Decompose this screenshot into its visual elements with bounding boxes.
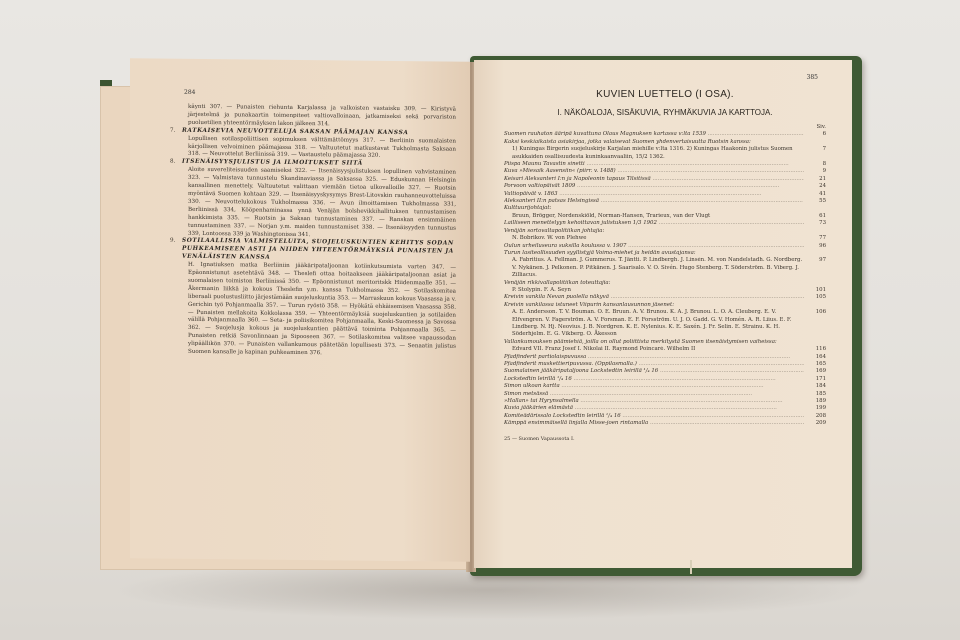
entry-title: Kaksi keskiaikaista asiakirjaa, jotka va…	[504, 139, 804, 146]
left-intro-text: käynti 307. — Punaisten riehunta Karjala…	[188, 104, 456, 131]
section-heading: 9. SOTILAALLISIA VALMISTELUITA, SUOJELUS…	[188, 238, 456, 265]
list-title: KUVIEN LUETTELO (I OSA).	[504, 89, 826, 100]
entry-page: 209	[804, 420, 826, 427]
entry-title: Simon metsässä	[504, 391, 804, 398]
list-entry: Venäjän sortovaltapolitiikan johtajia:	[504, 228, 826, 235]
left-page: 284 käynti 307. — Punaisten riehunta Kar…	[130, 58, 470, 562]
list-entry: Kuva »Miesaik Aasensiin« (piirr. v. 1488…	[504, 168, 826, 175]
entry-title: Kreivin vankila Nevan puolella näkyvä	[504, 294, 804, 301]
section-text: H. Ignatiuksen matka Berliiniin jääkärip…	[188, 262, 456, 360]
signature-footer: 25 — Suomen Vapaussota I.	[504, 436, 826, 442]
entry-title: Kuvia jääkärien elämästä	[504, 405, 804, 412]
entry-title: A. Fabritius. A. Fellman. J. Gummerus. T…	[504, 257, 804, 279]
section-number: 9.	[170, 238, 182, 246]
list-entry: Pfadfinderit partiolaispuvussa164	[504, 354, 826, 361]
entry-page: 97	[804, 257, 826, 279]
entry-page: 106	[804, 309, 826, 339]
entry-title: 1) Kuningas Birgerin suojeluskirje Karja…	[504, 146, 804, 161]
entry-page: 169	[804, 368, 826, 375]
entry-title: Edvard VII. Franz Josef I. Nikolai II. R…	[504, 346, 804, 353]
entry-title: Porvoon valtiopäivät 1809	[504, 183, 804, 190]
entry-title: Pfadfinderit muskettieripuvussa. (Oppila…	[504, 361, 804, 368]
list-entry: Simon metsässä185	[504, 391, 826, 398]
list-entry: A. E. Andersson. T. V. Bouman. O. E. Bru…	[504, 309, 826, 339]
entry-page: 184	[804, 383, 826, 390]
entry-title: Kreivin vankilassa istuneet Viipurin kan…	[504, 302, 804, 309]
section-text: Aloite suvereliteisuuden saamiseksi 322.…	[188, 167, 456, 241]
entry-title: Oulun urheiluseura suksilla koulussa v. …	[504, 243, 804, 250]
entry-page: 164	[804, 354, 826, 361]
entry-page: 61	[804, 213, 826, 220]
entry-page: 8	[804, 161, 826, 168]
list-entry: Lockstedtin leirillä ¹/₄ 16171	[504, 376, 826, 383]
entry-title: Suomalainen jääkäripataljoona Lockstedti…	[504, 368, 804, 375]
list-entry: Komiteädärissalo Lockstedtin leirillä ¹/…	[504, 413, 826, 420]
entry-page: 7	[804, 146, 826, 161]
list-entry: Kreivin vankilassa istuneet Viipurin kan…	[504, 302, 826, 309]
entry-title: Venäjän sortovaltapolitiikan johtajia:	[504, 228, 804, 235]
section-number: 8.	[170, 159, 182, 167]
entry-title: Keisari Aleksanteri I:n ja Napoleonin ta…	[504, 176, 804, 183]
entry-page	[804, 205, 826, 212]
entry-title: Turun lasiteollisuuden syyllistyjä Voima…	[504, 250, 804, 257]
entry-page: 41	[804, 191, 826, 198]
entry-page: 9	[804, 168, 826, 175]
entry-title: Lailliseen menettelyyn kehoittavan julis…	[504, 220, 804, 227]
right-page-number: 385	[504, 74, 826, 81]
list-entry: Suomen rauhaton ääripä kuvattuna Olaus M…	[504, 131, 826, 138]
entry-page: 73	[804, 220, 826, 227]
entry-page	[804, 139, 826, 146]
entry-title: Lockstedtin leirillä ¹/₄ 16	[504, 376, 804, 383]
entry-page: 105	[804, 294, 826, 301]
section-title: SOTILAALLISIA VALMISTELUITA, SUOJELUSKUN…	[182, 238, 462, 265]
entry-page: 77	[804, 235, 826, 242]
entry-title: N. Bobrikov. W. von Plehwe	[504, 235, 804, 242]
list-entry: »Hallan» tai Hyrynsalmella189	[504, 398, 826, 405]
entry-page: 165	[804, 361, 826, 368]
column-header-row: Siv.	[504, 124, 826, 131]
list-entry: Kämppä ensimmäisellä linjalla Misse-joen…	[504, 420, 826, 427]
list-entry: Bruun, Brögger, Nordenskiöld, Norman-Han…	[504, 213, 826, 220]
list-entry: Kuvia jääkärien elämästä199	[504, 405, 826, 412]
entry-title: A. E. Andersson. T. V. Bouman. O. E. Bru…	[504, 309, 804, 339]
entry-title: P. Stolypin. F. A. Seyn	[504, 287, 804, 294]
list-entry: Vallankumouksen päämiehiä, joilla on oll…	[504, 339, 826, 346]
entry-page: 21	[804, 176, 826, 183]
entry-page: 96	[804, 243, 826, 250]
entry-title: Venäjän rikkivallapolitiikan toteuttajia…	[504, 280, 804, 287]
page-column-header: Siv.	[804, 124, 826, 131]
entry-title: Komiteädärissalo Lockstedtin leirillä ¹/…	[504, 413, 804, 420]
entry-page: 199	[804, 405, 826, 412]
list-entry: Edvard VII. Franz Josef I. Nikolai II. R…	[504, 346, 826, 353]
list-entry: Turun lasiteollisuuden syyllistyjä Voima…	[504, 250, 826, 257]
entry-page: 101	[804, 287, 826, 294]
entry-title: Vallankumouksen päämiehiä, joilla on oll…	[504, 339, 804, 346]
headband-thread	[690, 560, 692, 574]
entry-page: 55	[804, 198, 826, 205]
list-subtitle: I. NÄKÖALOJA, SISÄKUVIA, RYHMÄKUVIA JA K…	[504, 108, 826, 117]
entry-page: 6	[804, 131, 826, 138]
list-entry: Porvoon valtiopäivät 180924	[504, 183, 826, 190]
list-entry: Venäjän rikkivallapolitiikan toteuttajia…	[504, 280, 826, 287]
list-entry: Valtiopäivät v. 186341	[504, 191, 826, 198]
list-entry: 1) Kuningas Birgerin suojeluskirje Karja…	[504, 146, 826, 161]
list-entry: Kreivin vankila Nevan puolella näkyvä105	[504, 294, 826, 301]
entry-title: Aleksanteri II:n patsas Helsingissä	[504, 198, 804, 205]
list-entry: Pfadfinderit muskettieripuvussa. (Oppila…	[504, 361, 826, 368]
list-entry: Oulun urheiluseura suksilla koulussa v. …	[504, 243, 826, 250]
right-page: 385 KUVIEN LUETTELO (I OSA). I. NÄKÖALOJ…	[474, 60, 852, 568]
list-entry: Aleksanteri II:n patsas Helsingissä55	[504, 198, 826, 205]
entry-page: 116	[804, 346, 826, 353]
list-entry: Suomalainen jääkäripataljoona Lockstedti…	[504, 368, 826, 375]
entry-page: 208	[804, 413, 826, 420]
photo-scene: 284 käynti 307. — Punaisten riehunta Kar…	[0, 0, 960, 640]
entry-title: Suomen rauhaton ääripä kuvattuna Olaus M…	[504, 131, 804, 138]
section-number: 7.	[170, 127, 182, 135]
entry-page: 171	[804, 376, 826, 383]
left-page-number: 284	[184, 89, 456, 99]
entry-page	[804, 339, 826, 346]
entry-title: Kulttuurijohtajat:	[504, 205, 804, 212]
entry-title: Bruun, Brögger, Nordenskiöld, Norman-Han…	[504, 213, 804, 220]
entry-page: 189	[804, 398, 826, 405]
illustration-list: Suomen rauhaton ääripä kuvattuna Olaus M…	[504, 131, 826, 427]
section-text: Lopullisen sotilaspoliittisen sopimuksen…	[188, 135, 456, 162]
list-entry: Simon ulkoan kartta184	[504, 383, 826, 390]
entry-page: 185	[804, 391, 826, 398]
entry-page	[804, 228, 826, 235]
entry-title: »Hallan» tai Hyrynsalmella	[504, 398, 804, 405]
list-entry: P. Stolypin. F. A. Seyn101	[504, 287, 826, 294]
list-entry: N. Bobrikov. W. von Plehwe77	[504, 235, 826, 242]
entry-title: Piispa Maunu Tavastin sinetti	[504, 161, 804, 168]
entry-title: Pfadfinderit partiolaispuvussa	[504, 354, 804, 361]
entry-page	[804, 250, 826, 257]
entry-page	[804, 302, 826, 309]
list-entry: Piispa Maunu Tavastin sinetti8	[504, 161, 826, 168]
list-entry: A. Fabritius. A. Fellman. J. Gummerus. T…	[504, 257, 826, 279]
list-entry: Keisari Aleksanteri I:n ja Napoleonin ta…	[504, 176, 826, 183]
entry-page: 24	[804, 183, 826, 190]
entry-title: Valtiopäivät v. 1863	[504, 191, 804, 198]
entry-title: Simon ulkoan kartta	[504, 383, 804, 390]
list-entry: Kulttuurijohtajat:	[504, 205, 826, 212]
entry-title: Kämppä ensimmäisellä linjalla Misse-joen…	[504, 420, 804, 427]
entry-page	[804, 280, 826, 287]
list-entry: Lailliseen menettelyyn kehoittavan julis…	[504, 220, 826, 227]
entry-title: Kuva »Miesaik Aasensiin« (piirr. v. 1488…	[504, 168, 804, 175]
list-entry: Kaksi keskiaikaista asiakirjaa, jotka va…	[504, 139, 826, 146]
